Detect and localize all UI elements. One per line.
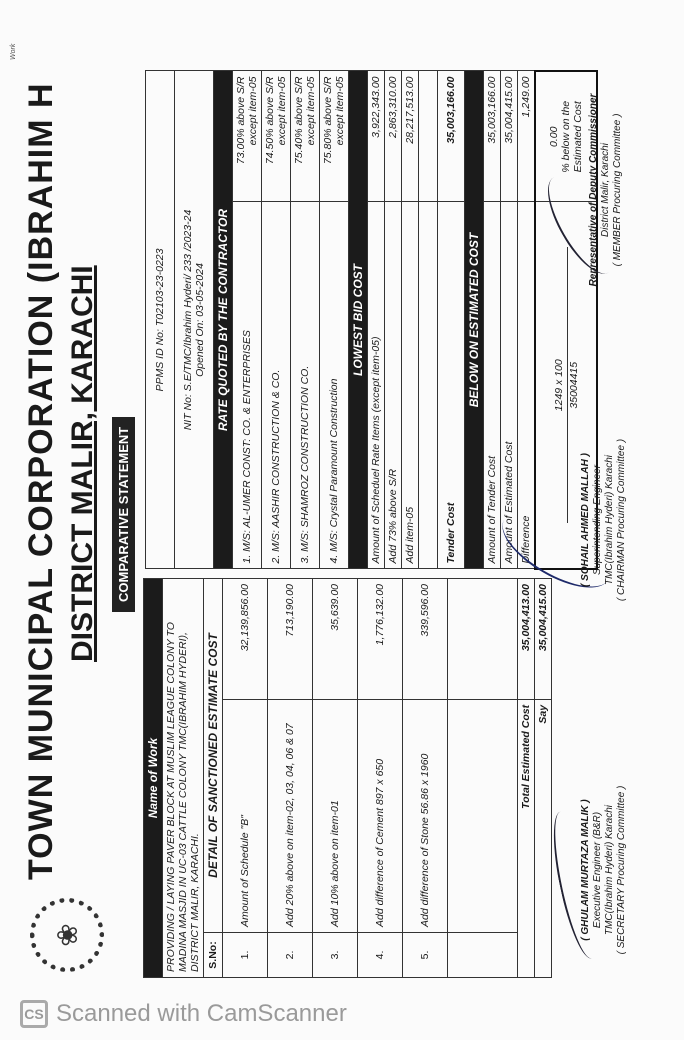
total-estimated-value: 35,004,413.00 (518, 579, 535, 700)
nit-info: NIT No: S.E/TMC/Ibrahim Hyderi/ 233 /202… (175, 71, 214, 569)
ppms-id: PPMS ID No: T02103-23-0223 (146, 71, 175, 569)
lowest-row: Add item-0528,217,513.00 (402, 71, 419, 569)
district-title: DISTRICT MALIR, KARACHI (66, 265, 100, 662)
contractor-row: 2. M/S: AASHIR CONSTRUCTION & CO.74.50% … (262, 71, 291, 569)
say-value: 35,004,415.00 (535, 579, 552, 700)
signatory-secretary: ( GHULAM MURTAZA MALIK ) Executive Engin… (580, 760, 628, 980)
lowest-bid-header: LOWEST BID COST (349, 71, 368, 569)
below-header: BELOW ON ESTIMATED COST (465, 71, 484, 569)
rate-header: RATE QUOTED BY THE CONTRACTOR (214, 71, 233, 569)
signatory-member: Representative of Deputy Commissioner Di… (588, 60, 624, 320)
say-label: Say (535, 699, 552, 977)
org-title: TOWN MUNICIPAL CORPORATION (IBRAHIM H (22, 82, 61, 880)
below-row: Difference1,249.00 (518, 71, 536, 569)
table-row: 1. Amount of Schedule "B" 32,139,856.00 (223, 579, 268, 978)
estimate-table: Name of Work PROVIDING / LAYING PAVER BL… (143, 578, 552, 978)
contractor-row: 3. M/S: SHAMROZ CONSTRUCTION CO.75.40% a… (291, 71, 320, 569)
table-row: 4. Add difference of Cement 897 x 650 1,… (358, 579, 403, 978)
tender-cost-value: 35,003,166.00 (438, 71, 465, 202)
corner-note: Work (10, 44, 17, 60)
table-row: 2. Add 20% above on item-02, 03, 04, 06 … (268, 579, 313, 978)
contractor-row: 4. M/S: Crystal Paramount Construction75… (320, 71, 349, 569)
watermark-text: Scanned with CamScanner (56, 1000, 347, 1028)
below-row: Amount of Tender Cost35,003,166.00 (484, 71, 501, 569)
table-row: 3. Add 10% above on item-01 35,639.00 (313, 579, 358, 978)
detail-header: DETAIL OF SANCTIONED ESTIMATE COST (204, 579, 223, 933)
tender-table: PPMS ID No: T02103-23-0223 NIT No: S.E/T… (145, 70, 598, 570)
lowest-row: Amount of Scheduel Rate Items (except it… (368, 71, 385, 569)
lowest-row (419, 71, 438, 569)
total-estimated-label: Total Estimated Cost (518, 699, 535, 977)
table-row: 5. Add difference of Stone 56.86 x 1960 … (403, 579, 448, 978)
lowest-row: Add 73% above S/R2,863,310.00 (385, 71, 402, 569)
sno-header: S.No: (204, 933, 223, 978)
name-of-work: PROVIDING / LAYING PAVER BLOCK AT MUSLIM… (163, 579, 204, 978)
tender-cost-label: Tender Cost (438, 202, 465, 569)
statement-label: COMPARATIVE STATEMENT (112, 417, 135, 612)
camscanner-watermark: CS Scanned with CamScanner (20, 1000, 347, 1028)
below-row: Amount of Estimated Cost35,004,415.00 (501, 71, 518, 569)
name-of-work-header: Name of Work (144, 579, 163, 978)
emblem-seal-icon: ❀ (30, 898, 104, 972)
comparative-statement-sheet: Work ❀ TOWN MUNICIPAL CORPORATION (IBRAH… (0, 0, 684, 1040)
camscanner-logo-icon: CS (20, 1000, 48, 1028)
signatory-chairman: ( SOHAIL AHMED MALLAH ) Superintending E… (580, 410, 628, 630)
contractor-row: 1. M/S: AL-UMER CONST: CO. & ENTERPRISES… (233, 71, 262, 569)
